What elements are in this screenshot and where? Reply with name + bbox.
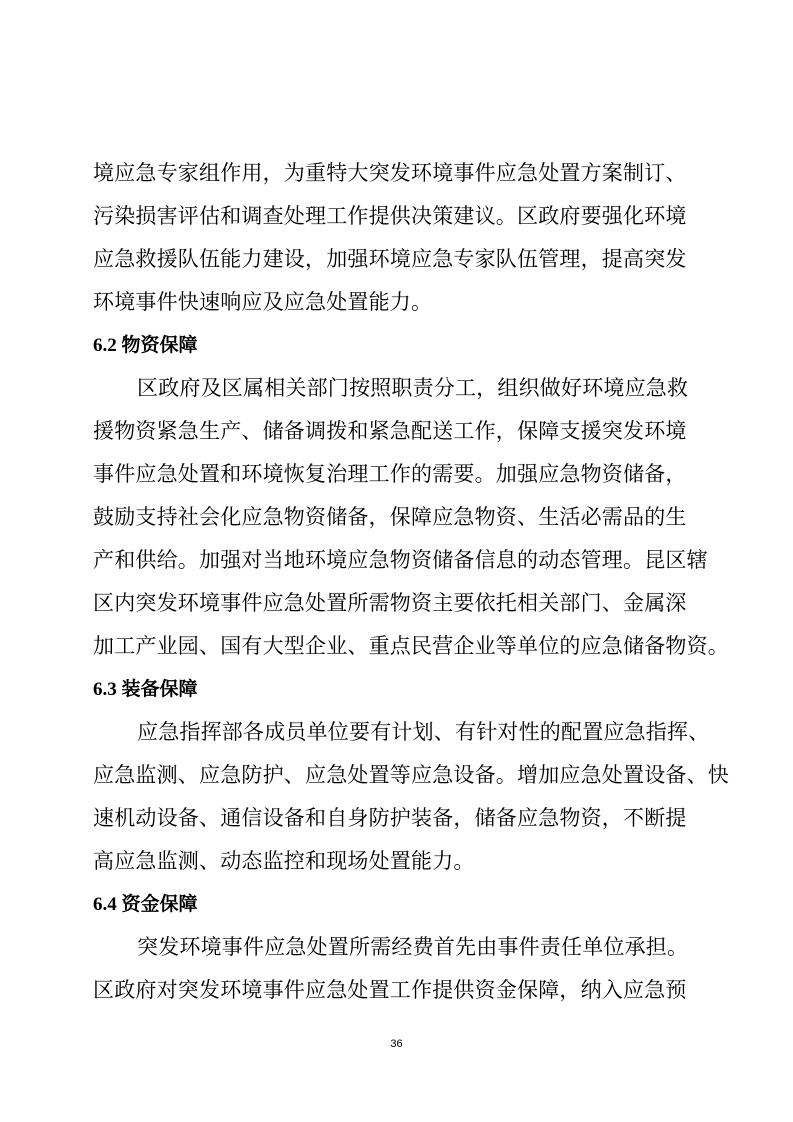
- paragraph-line: 速机动设备、通信设备和自身防护装备，储备应急物资，不断提: [93, 797, 687, 840]
- section-heading-6-2: 6.2 物资保障: [93, 324, 198, 367]
- paragraph-line: 区政府及区属相关部门按照职责分工，组织做好环境应急救: [137, 367, 688, 410]
- paragraph-line: 事件应急处置和环境恢复治理工作的需要。加强应急物资储备，: [93, 453, 687, 496]
- section-number: 6.2: [93, 335, 117, 356]
- section-heading-6-4: 6.4 资金保障: [93, 883, 198, 926]
- paragraph-line: 区政府对突发环境事件应急处置工作提供资金保障，纳入应急预: [93, 969, 687, 1012]
- paragraph-line: 突发环境事件应急处置所需经费首先由事件责任单位承担。: [137, 926, 688, 969]
- paragraph-line: 应急指挥部各成员单位要有计划、有针对性的配置应急指挥、: [137, 711, 709, 754]
- paragraph-line: 环境事件快速响应及应急处置能力。: [93, 281, 432, 324]
- paragraph-line: 援物资紧急生产、储备调拨和紧急配送工作，保障支援突发环境: [93, 410, 687, 453]
- paragraph-line: 高应急监测、动态监控和现场处置能力。: [93, 840, 475, 883]
- section-number: 6.4: [93, 894, 117, 915]
- paragraph-line: 产和供给。加强对当地环境应急物资储备信息的动态管理。昆区辖: [93, 539, 708, 582]
- paragraph-line: 鼓励支持社会化应急物资储备，保障应急物资、生活必需品的生: [93, 496, 687, 539]
- paragraph-line: 应急监测、应急防护、应急处置等应急设备。增加应急处置设备、快: [93, 754, 729, 797]
- paragraph-line: 污染损害评估和调查处理工作提供决策建议。区政府要强化环境: [93, 195, 687, 238]
- section-title: 资金保障: [122, 893, 198, 915]
- section-number: 6.3: [93, 679, 117, 700]
- paragraph-line: 加工产业园、国有大型企业、重点民营企业等单位的应急储备物资。: [93, 625, 729, 668]
- paragraph-line: 境应急专家组作用，为重特大突发环境事件应急处置方案制订、: [93, 152, 687, 195]
- paragraph-line: 应急救援队伍能力建设，加强环境应急专家队伍管理，提高突发: [93, 238, 687, 281]
- page-number: 36: [0, 1038, 793, 1050]
- section-heading-6-3: 6.3 装备保障: [93, 668, 198, 711]
- section-title: 装备保障: [122, 678, 198, 700]
- section-title: 物资保障: [122, 334, 198, 356]
- paragraph-line: 区内突发环境事件应急处置所需物资主要依托相关部门、金属深: [93, 582, 687, 625]
